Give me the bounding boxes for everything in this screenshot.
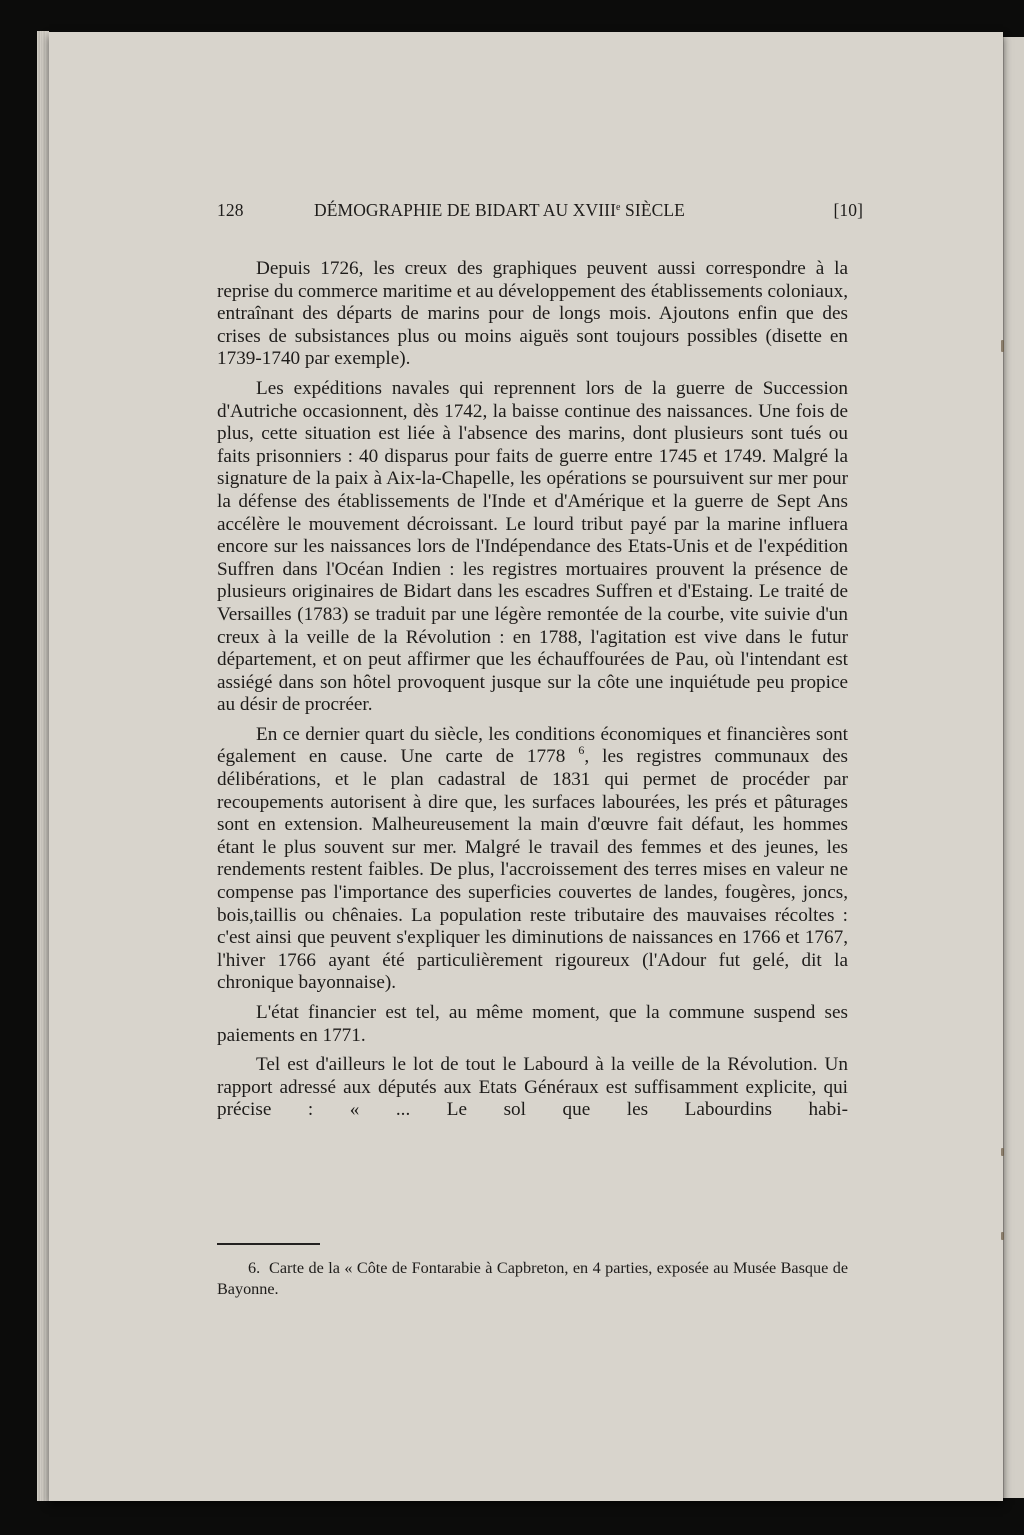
page-blemish-mark [1001, 1232, 1004, 1240]
page-blemish-mark [1001, 340, 1004, 352]
footnotes: 6. Carte de la « Côte de Fontarabie à Ca… [217, 1258, 848, 1300]
running-title: DÉMOGRAPHIE DE BIDART AU XVIIIe SIÈCLE [314, 200, 685, 221]
paragraph: En ce dernier quart du siècle, les condi… [217, 724, 848, 995]
running-title-end: SIÈCLE [621, 200, 685, 220]
page-number: 128 [217, 200, 244, 221]
section-number: [10] [833, 200, 863, 221]
running-head: 128 DÉMOGRAPHIE DE BIDART AU XVIIIe SIÈC… [217, 200, 863, 224]
paragraph: Depuis 1726, les creux des graphiques pe… [217, 258, 848, 371]
running-title-main: DÉMOGRAPHIE DE BIDART AU XVIII [314, 200, 616, 220]
paragraph: Les expéditions navales qui reprennent l… [217, 378, 848, 717]
paragraph: Tel est d'ailleurs le lot de tout le Lab… [217, 1054, 848, 1122]
footnote: 6. Carte de la « Côte de Fontarabie à Ca… [217, 1258, 848, 1300]
footnote-separator [217, 1243, 320, 1245]
footnote-text: Carte de la « Côte de Fontarabie à Capbr… [217, 1259, 848, 1298]
adjacent-page-edge [1003, 37, 1024, 1498]
paragraph: L'état financier est tel, au même moment… [217, 1002, 848, 1047]
body-text: Depuis 1726, les creux des graphiques pe… [217, 258, 848, 1129]
paragraph-text: , les registres communaux des délibérati… [217, 746, 848, 993]
page-edge-stack [37, 31, 49, 1501]
page-blemish-mark [1001, 1148, 1004, 1156]
footnote-number: 6. [248, 1259, 260, 1277]
